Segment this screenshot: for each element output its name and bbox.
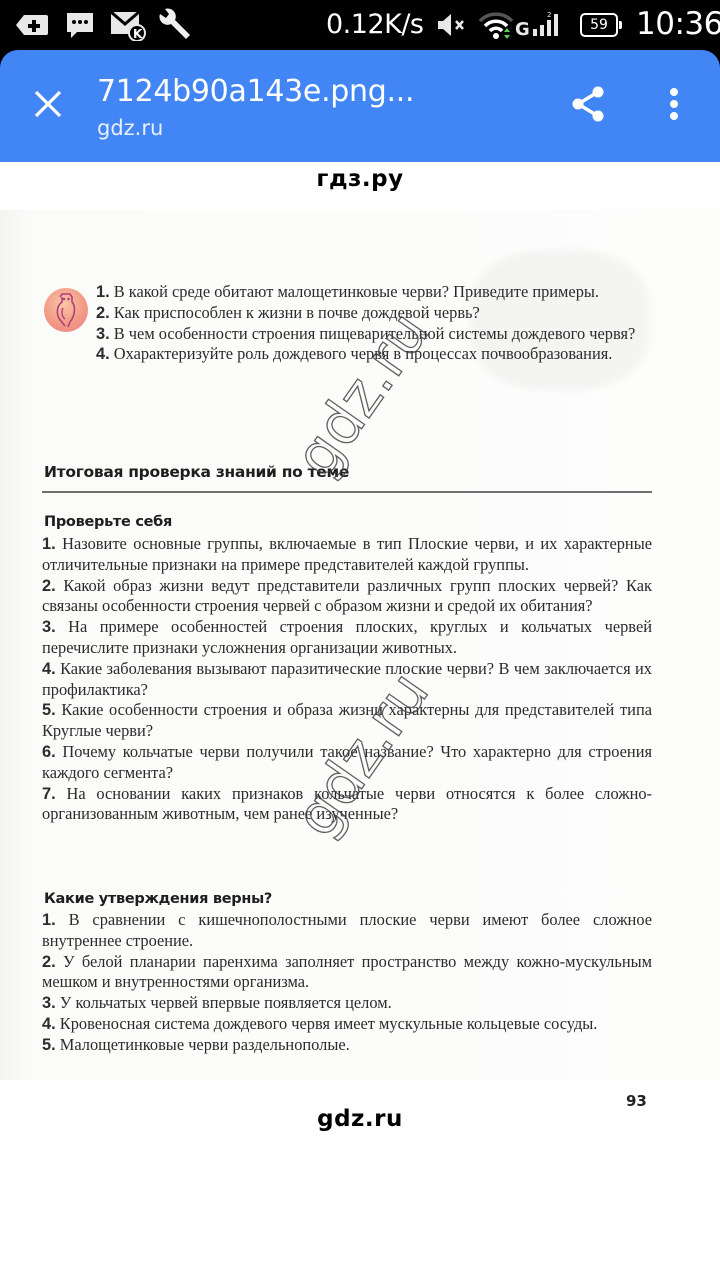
add-notification-icon (14, 10, 50, 40)
question-item: 1. В какой среде обитают малощетинковые … (96, 282, 652, 303)
owl-icon (44, 288, 88, 332)
statement-item: 3. У кольчатых червей впервые появляется… (42, 993, 652, 1014)
wrench-icon (156, 10, 192, 40)
site-label-top: гдз.ру (0, 166, 720, 192)
check-item: 3. На примере особенностей строения плос… (42, 617, 652, 659)
file-title: 7124b90a143e.png... (97, 74, 414, 109)
source-domain: gdz.ru (97, 116, 163, 140)
check-item: 1. Назовите основные группы, включаемые … (42, 534, 652, 576)
chat-message-icon (64, 10, 96, 40)
more-vert-icon (668, 86, 680, 127)
signal-icon: G2 (515, 10, 569, 40)
section-title: Итоговая проверка знаний по теме (44, 463, 349, 481)
statement-item: 4. Кровеносная система дождевого червя и… (42, 1014, 652, 1035)
statement-item: 5. Малощетинковые черви раздельнополые. (42, 1035, 652, 1056)
wifi-icon (478, 10, 514, 40)
mute-icon (436, 10, 468, 40)
svg-text:K: K (133, 27, 143, 41)
share-icon (568, 84, 608, 129)
net-speed: 0.12K/s (326, 9, 424, 40)
share-button[interactable] (562, 80, 614, 132)
battery-indicator: 59 (580, 13, 618, 37)
true-statements-heading: Какие утверждения верны? (44, 891, 272, 907)
site-label-bottom: gdz.ru (0, 1106, 720, 1132)
viewer-header: 7124b90a143e.png... gdz.ru (0, 50, 720, 162)
statement-item: 1. В сравнении с кишечнополостными плоск… (42, 910, 652, 952)
check-item: 4. Какие заболевания вызывают паразитиче… (42, 659, 652, 701)
section-divider (42, 491, 652, 493)
textbook-page: 1. В какой среде обитают малощетинковые … (0, 210, 720, 1080)
svg-text:G: G (515, 19, 530, 40)
close-button[interactable] (24, 82, 72, 130)
close-icon (33, 89, 63, 124)
true-statements-list: 1. В сравнении с кишечнополостными плоск… (42, 910, 652, 1056)
svg-text:2: 2 (547, 11, 551, 19)
statement-item: 2. У белой планарии паренхима заполняет … (42, 952, 652, 994)
status-bar: K 0.12K/s G2 59 10:36 (0, 0, 720, 50)
image-viewer[interactable]: гдз.ру 1. В какой среде обитают малощети… (0, 162, 720, 1280)
mail-k-icon: K (110, 10, 146, 40)
check-yourself-heading: Проверьте себя (44, 514, 172, 530)
check-item: 2. Какой образ жизни ведут представители… (42, 576, 652, 618)
more-options-button[interactable] (650, 80, 698, 132)
clock: 10:36 (636, 6, 720, 42)
